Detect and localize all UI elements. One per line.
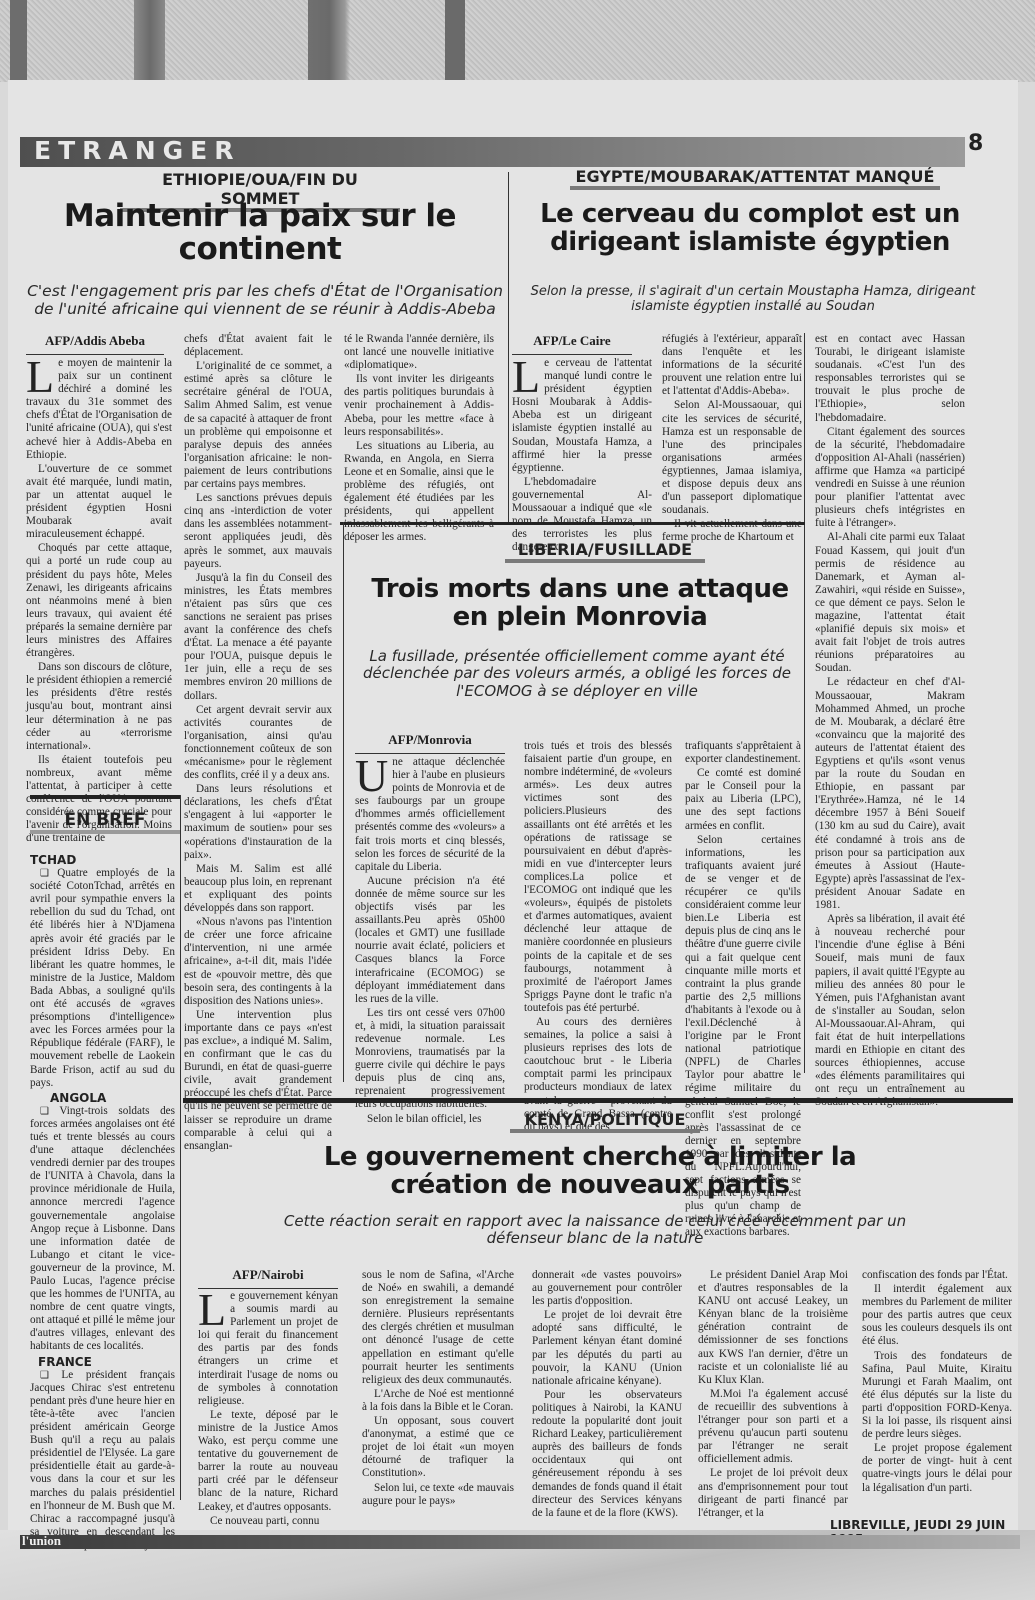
section-label: ETRANGER xyxy=(34,136,241,165)
ethiopie-headline: Maintenir la paix sur le continent xyxy=(40,200,480,267)
column-divider xyxy=(180,795,181,1500)
column-divider xyxy=(508,172,509,524)
scan-background-top xyxy=(0,0,1035,82)
page-number: 8 xyxy=(968,131,983,156)
kenya-kicker-block: KENYA/POLITIQUE xyxy=(510,1110,700,1133)
kenya-kicker: KENYA/POLITIQUE xyxy=(510,1110,700,1129)
liberia-kicker-block: LIBERIA/FUSILLADE xyxy=(505,540,705,563)
checkbox-bullet-icon: ❑ xyxy=(40,868,57,879)
checkbox-bullet-icon: ❑ xyxy=(40,1106,59,1117)
ethiopie-deck: C'est l'engagement pris par les chefs d'… xyxy=(25,283,505,319)
column-divider xyxy=(804,333,805,1073)
checkbox-bullet-icon: ❑ xyxy=(40,1370,61,1381)
kenya-col-2: sous le nom de Safina, «l'Arche de Noé» … xyxy=(362,1269,514,1509)
egypte-col-3: est en contact avec Hassan Tourabi, le d… xyxy=(815,333,965,1111)
egypte-col-2: réfugiés à l'extérieur, apparaît dans l'… xyxy=(662,333,802,546)
newspaper-logo: l'union xyxy=(22,1533,61,1549)
egypte-kicker-block: EGYPTE/MOUBARAK/ATTENTAT MANQUÉ xyxy=(570,167,940,190)
bref-item-angola: ANGOLA ❑ Vingt-trois soldats des forces … xyxy=(30,1092,175,1354)
kicker-underline xyxy=(570,186,940,190)
kicker-underline xyxy=(510,1129,700,1133)
en-bref-header: EN BREF xyxy=(30,810,180,834)
en-bref-list: TCHAD ❑ Quatre employés de la société Co… xyxy=(30,852,175,1553)
egypte-col-1: Le cerveau de l'attentat manqué lundi co… xyxy=(512,357,652,555)
en-bref-title: EN BREF xyxy=(30,810,180,830)
kenya-col-3: donnerait «de vastes pouvoirs» au gouver… xyxy=(532,1269,682,1521)
en-bref-underline xyxy=(30,830,180,834)
liberia-col-1: Une attaque déclenchée hier à l'aube en … xyxy=(355,756,505,1127)
dropcap: U xyxy=(355,758,388,794)
kicker-underline xyxy=(505,559,705,563)
column-divider xyxy=(343,522,344,1082)
ethiopie-col-3: té le Rwanda l'année dernière, ils ont l… xyxy=(344,333,494,546)
egypte-headline: Le cerveau du complot est un dirigeant i… xyxy=(515,200,985,256)
bref-item-tchad: TCHAD ❑ Quatre employés de la société Co… xyxy=(30,854,175,1090)
egypte-kicker: EGYPTE/MOUBARAK/ATTENTAT MANQUÉ xyxy=(570,167,940,186)
liberia-headline: Trois morts dans une attaque en plein Mo… xyxy=(360,575,800,631)
en-bref-top-rule xyxy=(30,795,180,799)
kenya-col-4: Le président Daniel Arap Moi et d'autres… xyxy=(698,1269,848,1521)
kenya-col-5: confiscation des fonds par l'État. Il in… xyxy=(862,1269,1012,1496)
ethiopie-col-1: Le moyen de maintenir la paix sur un con… xyxy=(26,357,172,846)
liberia-col-2: trois tués et trois des blessés faisaien… xyxy=(524,740,672,1135)
dropcap: L xyxy=(198,1292,226,1328)
bref-item-france: FRANCE ❑ Le président français Jacques C… xyxy=(30,1356,175,1552)
kenya-deck: Cette réaction serait en rapport avec la… xyxy=(280,1213,910,1248)
egypte-deck: Selon la presse, il s'agirait d'un certa… xyxy=(518,285,988,315)
liberia-kicker: LIBERIA/FUSILLADE xyxy=(505,540,705,559)
dropcap: L xyxy=(512,359,540,395)
footer-bar xyxy=(20,1535,1020,1549)
kenya-headline: Le gouvernement cherche à limiter la cré… xyxy=(320,1143,860,1199)
liberia-deck: La fusillade, présentée officiellement c… xyxy=(352,648,802,700)
liberia-top-rule xyxy=(340,522,805,525)
kenya-top-rule xyxy=(183,1098,1013,1103)
dropcap: L xyxy=(26,359,54,395)
kenya-col-1: Le gouvernement kényan a soumis mardi au… xyxy=(198,1290,338,1529)
ethiopie-col-2: chefs d'État avaient fait le déplacement… xyxy=(184,333,332,1154)
